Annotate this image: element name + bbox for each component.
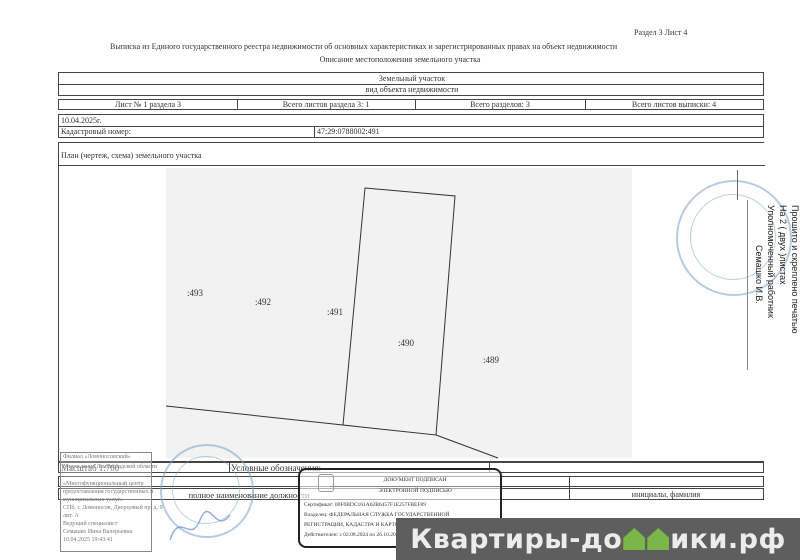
binding-note-line4: Семашко И.В. <box>754 245 764 304</box>
watermark-text-after: ики.рф <box>670 524 786 555</box>
binding-note-line3: Уполномоченный работник <box>766 205 776 318</box>
ecp-valid: Действителен: с 02.08.2024 по 26.10.2025 <box>304 532 401 538</box>
mfc-line-1: Филиал «Ломоносовский» <box>63 454 131 460</box>
initials-caption: инициалы, фамилия <box>569 490 763 499</box>
ecp-certificate: Сертификат: 00F0BDC161A62B6457F1E257FBEF… <box>304 502 426 508</box>
watermark-text-before: Квартиры-до <box>410 524 622 555</box>
binding-note-line1: Прошито и скреплено печатью <box>790 205 800 333</box>
binding-note-line2: На 2 ( двух )листах <box>778 205 788 285</box>
parcel-label-492: :492 <box>255 297 271 307</box>
house-icon <box>647 528 669 550</box>
mfc-line-2: Учреждения Ленинградской области <box>63 464 157 470</box>
mfc-line-4: предоставления государственных и <box>63 489 153 495</box>
parcel-label-491: :491 <box>327 307 343 317</box>
mfc-line-3: «Многофункциональный центр <box>63 481 144 487</box>
mfc-line-6: СПб, г. Ломоносов, Дворцовый пр. д. 9 <box>63 505 163 511</box>
parcel-label-493: :493 <box>187 288 203 298</box>
ecp-line2: ЭЛЕКТРОННОЙ ПОДПИСЬЮ <box>330 488 500 494</box>
mfc-line-5: муниципальных услуг» <box>63 497 123 503</box>
site-watermark: Квартиры-до ики.рф <box>396 518 800 560</box>
ecp-line1: ДОКУМЕНТ ПОДПИСАН <box>330 477 500 483</box>
signature-scribble <box>160 500 240 550</box>
parcel-label-489: :489 <box>483 355 499 365</box>
house-icon <box>623 528 645 550</box>
mfc-line-8: Ведущий специалист <box>63 521 117 527</box>
parcel-label-490: :490 <box>398 338 414 348</box>
mfc-line-9: Семашко Инна Валерьевна <box>63 529 132 535</box>
mfc-line-7: лит. А <box>63 513 79 519</box>
mfc-stamp-box: Филиал «Ломоносовский» Учреждения Ленинг… <box>60 452 152 552</box>
mfc-line-10: 10.04.2025 19:43:41 <box>63 537 113 543</box>
